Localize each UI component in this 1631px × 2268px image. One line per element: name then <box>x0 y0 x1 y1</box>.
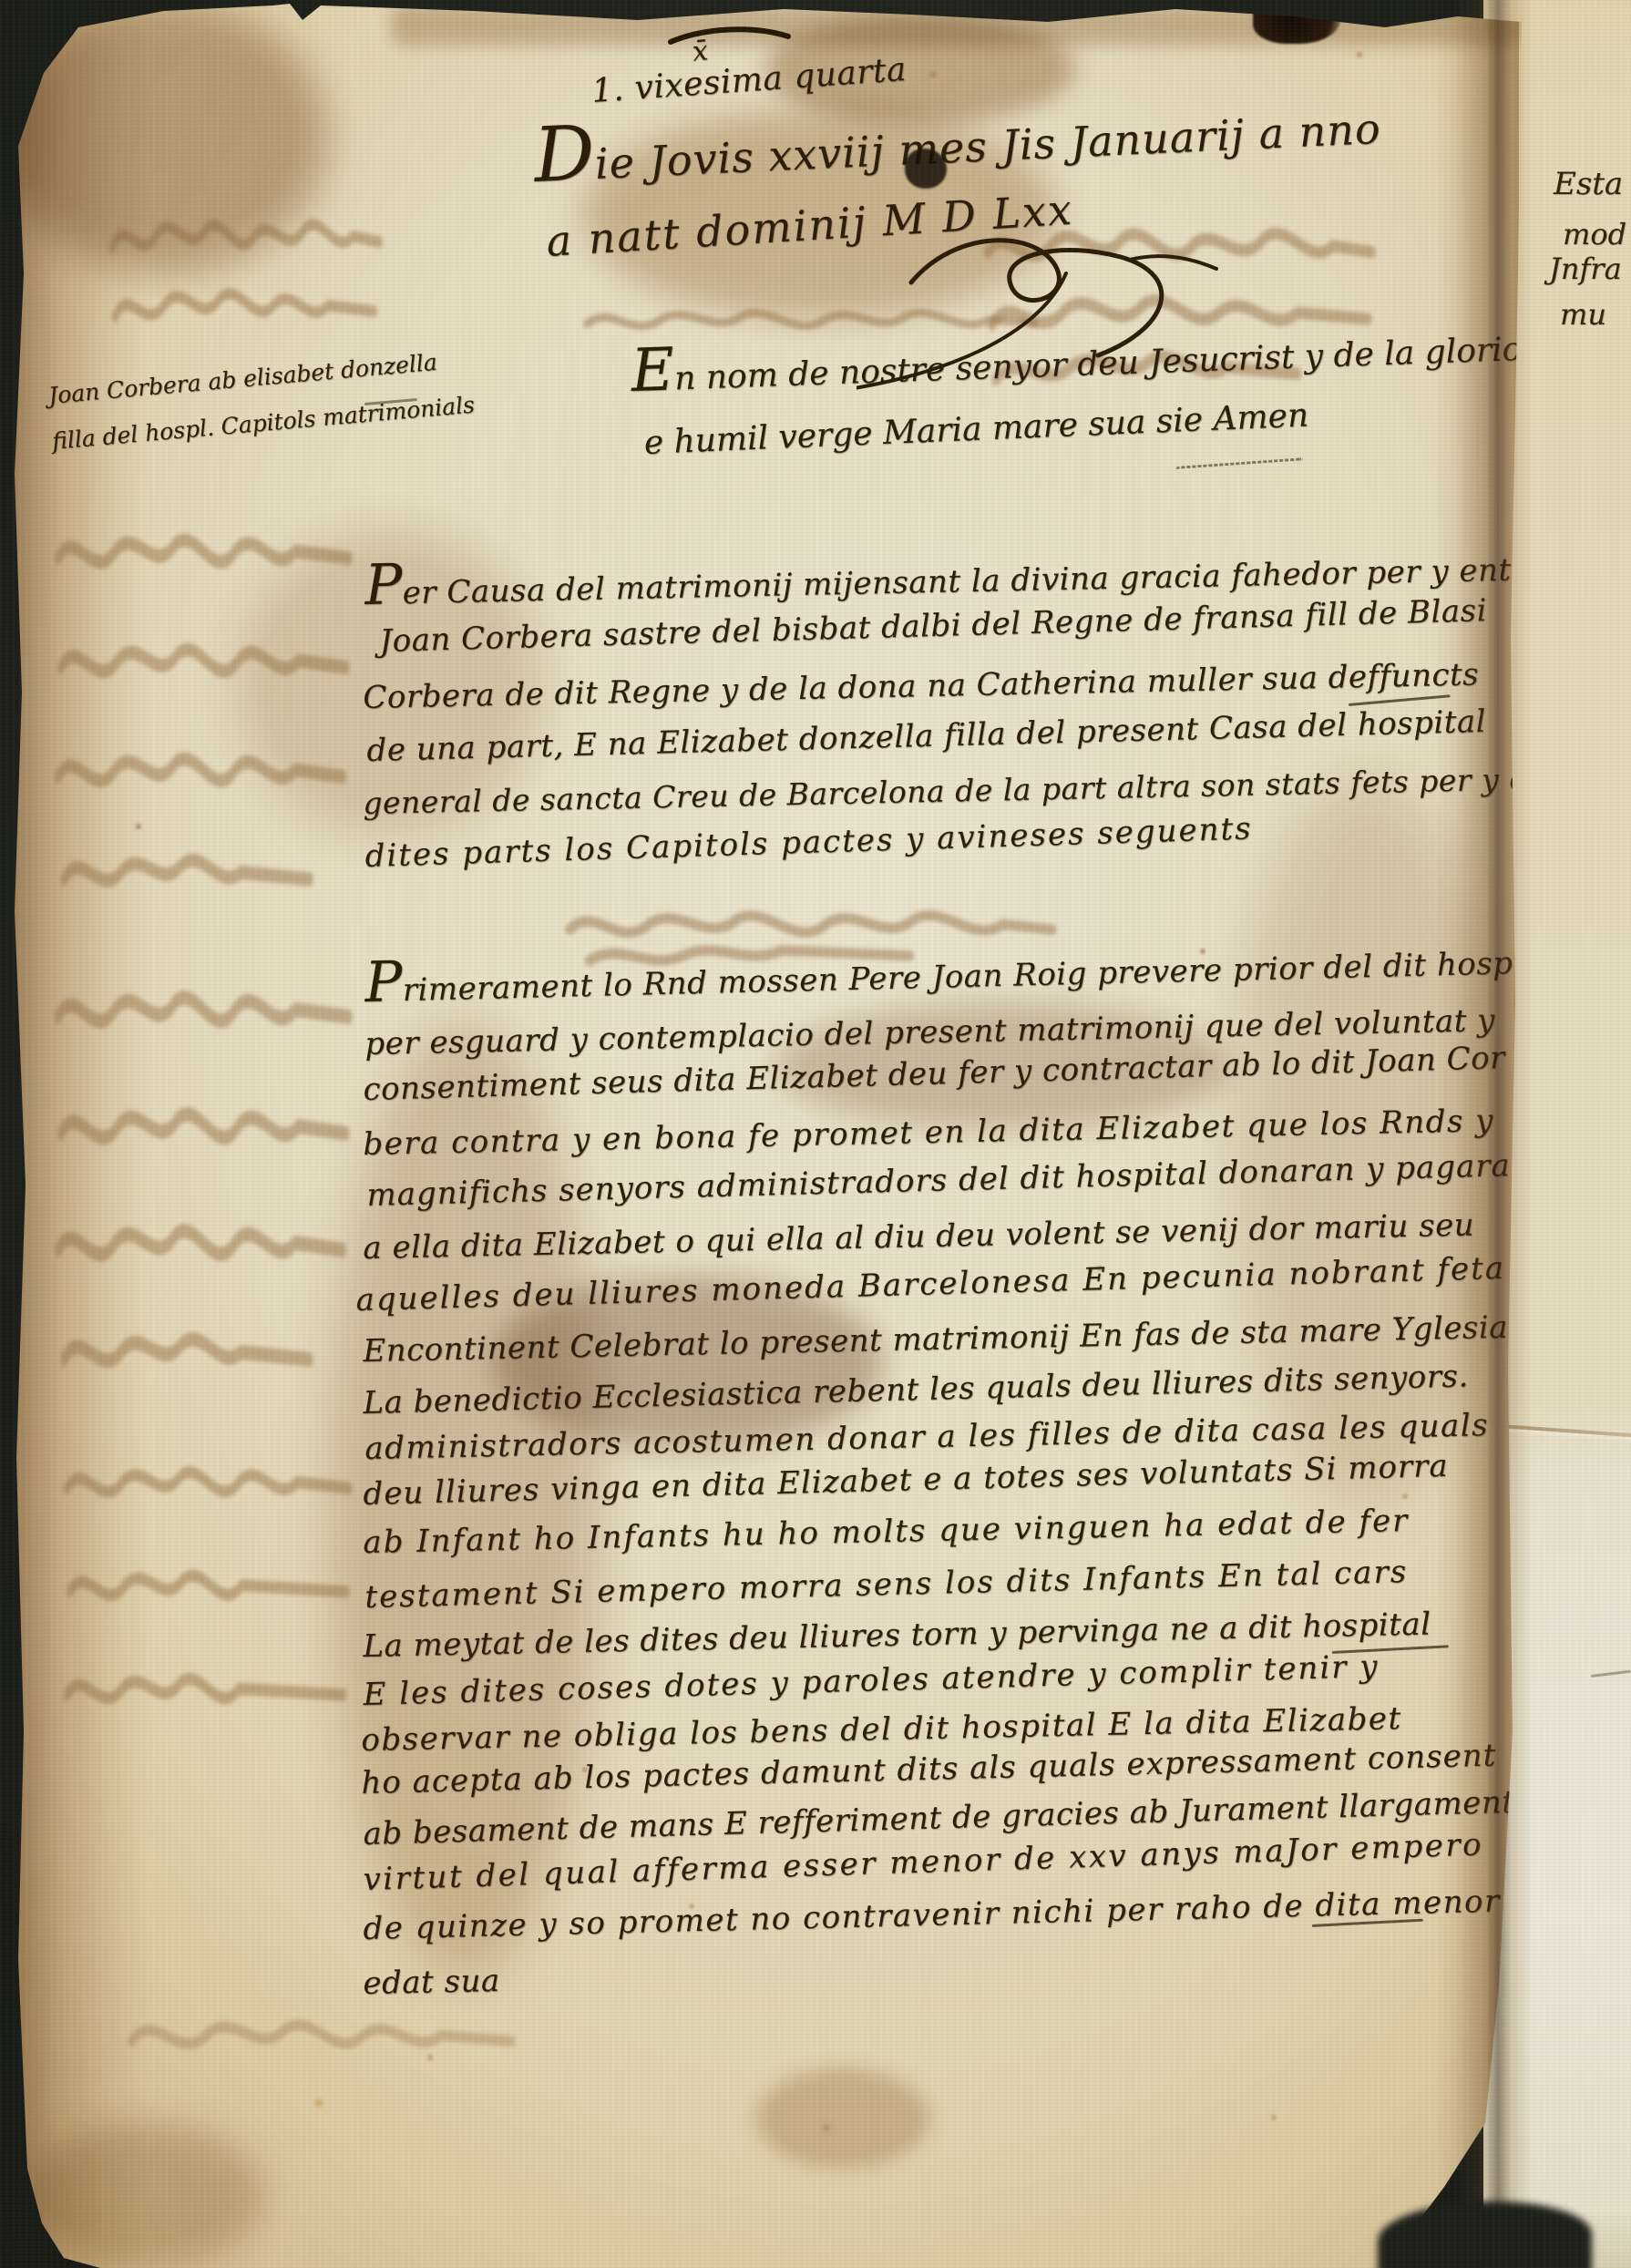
manuscript-line: ab Infant ho Infants hu ho molts que vin… <box>363 1503 1410 1561</box>
manuscript-line: de una part, E na Elizabet donzella fill… <box>366 703 1487 769</box>
flourish-stroke <box>1175 457 1303 469</box>
ink-blot <box>1253 0 1340 44</box>
bleedthrough-text <box>55 966 355 1403</box>
manuscript-line: dites parts los Capitols pactes y avines… <box>364 810 1253 875</box>
stain <box>27 2123 264 2268</box>
next-page-fragment: mu <box>1560 297 1606 332</box>
dateline-line1: Die Jovis xxviij mes Jis Januarij a nno <box>533 97 1382 191</box>
manuscript-line: general de sancta Creu de Barcelona de l… <box>363 760 1593 821</box>
ink-blot <box>905 149 947 189</box>
manuscript-page: x̄ 1. vixesima quarta Die Jovis xxviij m… <box>0 0 1631 2268</box>
stain <box>392 5 1522 46</box>
left-edge-stain <box>13 0 149 2268</box>
foxing-spots <box>0 0 4 4</box>
next-page-fragment: mod <box>1563 217 1626 251</box>
bleedthrough-text <box>109 196 383 369</box>
bleedthrough-text <box>128 1986 519 2123</box>
stain <box>756 2068 929 2169</box>
photograph-backdrop: Esta mod Jnfra mu <box>0 0 1631 2268</box>
next-page-fragment: Jnfra <box>1549 251 1622 286</box>
bleedthrough-text <box>55 510 355 920</box>
bleedthrough-text <box>64 1440 355 1804</box>
manuscript-line: edat sua <box>363 1963 500 2002</box>
next-page-fragment: Esta <box>1554 166 1623 202</box>
invocation-line2: e humil verge Maria mare sua sie Amen <box>643 396 1309 462</box>
stain <box>0 0 328 273</box>
ink-mark <box>1591 1670 1631 1678</box>
manuscript-line: testament Si empero morra sens los dits … <box>364 1554 1409 1616</box>
gathering-mark: x̄ <box>691 35 710 68</box>
manuscript-line: Primerament lo Rnd mossen Pere Joan Roig… <box>364 939 1566 1010</box>
